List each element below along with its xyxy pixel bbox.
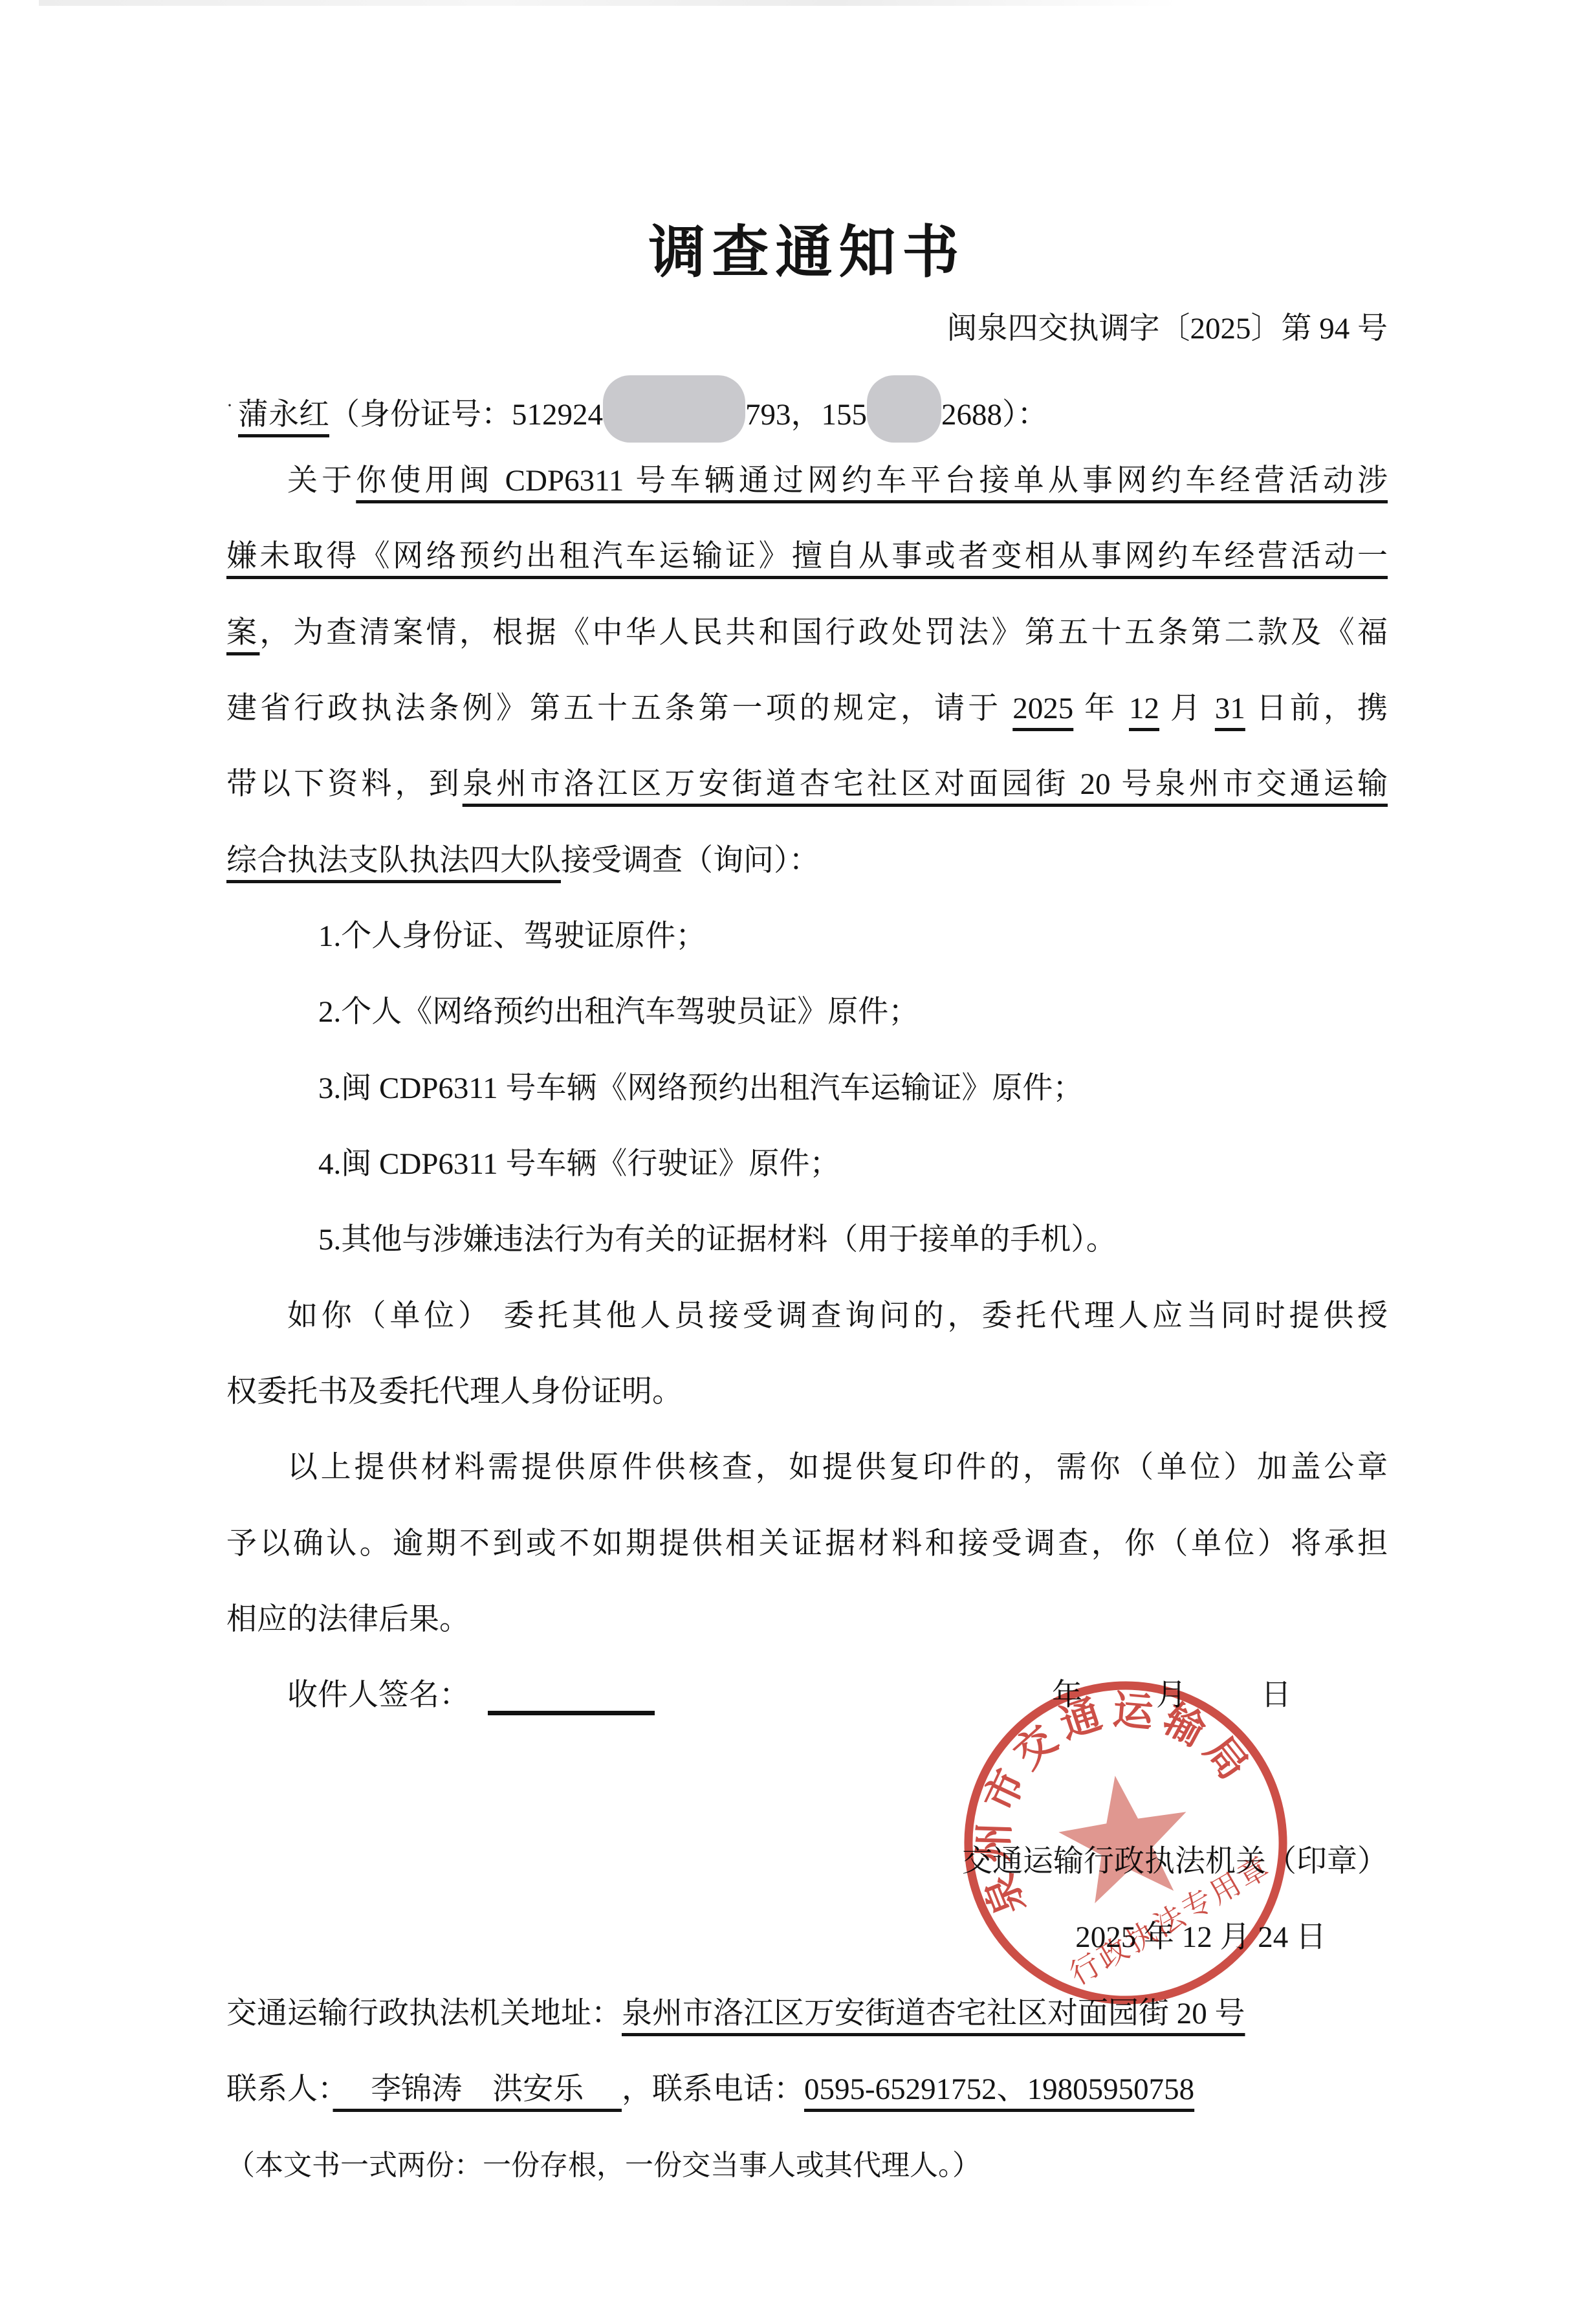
text-segment: 接受调查（询问）： bbox=[561, 844, 820, 877]
text-segment: 李锦涛 洪安乐 bbox=[333, 2072, 622, 2106]
text-segment: 嫌未取得《网络预约出租汽车运输证》擅自从事或者变相从事网约车经营活动一 bbox=[226, 540, 1388, 573]
text-segment: 蒲永红 bbox=[238, 398, 329, 432]
office-address-line: 交通运输行政执法机关地址：泉州市洛江区万安街道杏宅社区对面园街 20 号 bbox=[226, 1976, 1388, 2052]
text-segment: 案 bbox=[226, 616, 259, 650]
redaction-blob bbox=[603, 375, 745, 443]
text-segment: 泉州市洛江区万安街道杏宅社区对面园街 20 号泉州市交通运输 bbox=[463, 767, 1388, 801]
text-segment: 权委托书及委托代理人身份证明。 bbox=[226, 1375, 683, 1409]
text-segment: 联系人： bbox=[226, 2072, 333, 2106]
text-segment: 2025 bbox=[1012, 692, 1073, 725]
text-segment: 793，155 bbox=[745, 398, 867, 432]
body-line: 带以下资料，到泉州市洛江区万安街道杏宅社区对面园街 20 号泉州市交通运输 bbox=[226, 747, 1388, 822]
text-segment: 年 bbox=[1073, 692, 1129, 725]
issue-date: 2025 年 12 月 24 日 bbox=[226, 1900, 1388, 1975]
body-line: 相应的法律后果。 bbox=[226, 1582, 1388, 1658]
list-item: 4.闽 CDP6311 号车辆《行驶证》原件； bbox=[226, 1127, 1388, 1202]
contact-line: 联系人： 李锦涛 洪安乐 ，联系电话：0595-65291752、1980595… bbox=[226, 2052, 1388, 2127]
list-item: 1.个人身份证、驾驶证原件； bbox=[226, 899, 1388, 974]
text-segment: 月 bbox=[1159, 692, 1215, 725]
text-segment: 12 bbox=[1129, 692, 1159, 725]
copies-note: （本文书一式两份：一份存根，一份交当事人或其代理人。） bbox=[226, 2127, 1388, 2203]
redaction-blob bbox=[867, 375, 941, 443]
text-segment: 带以下资料，到 bbox=[226, 767, 463, 801]
recipient-line: ·蒲永红（身份证号：512924793，1552688）： bbox=[226, 368, 1388, 443]
body-line: 案，为查清案情，根据《中华人民共和国行政处罚法》第五十五条第二款及《福 bbox=[226, 595, 1388, 671]
signature-blank-line bbox=[488, 1691, 655, 1715]
text-segment: · bbox=[226, 395, 233, 416]
text-segment: 日前，携 bbox=[1245, 692, 1388, 725]
text-segment: 相应的法律后果。 bbox=[226, 1603, 470, 1636]
text-segment: 建省行政执法条例》第五十五条第一项的规定，请于 bbox=[226, 692, 1012, 725]
seal-caption: 交通运输行政执法机关（印章） bbox=[226, 1824, 1388, 1900]
text-segment: 0595-65291752、19805950758 bbox=[804, 2072, 1194, 2106]
body-line: 嫌未取得《网络预约出租汽车运输证》擅自从事或者变相从事网约车经营活动一 bbox=[226, 519, 1388, 595]
text-segment: 31 bbox=[1215, 692, 1245, 725]
doc-number: 闽泉四交执调字〔2025〕第 94 号 bbox=[226, 291, 1388, 367]
text-segment: 泉州市洛江区万安街道杏宅社区对面园街 20 号 bbox=[622, 1997, 1245, 2030]
body-line: 权委托书及委托代理人身份证明。 bbox=[226, 1354, 1388, 1430]
spacer-row bbox=[226, 1734, 1388, 1810]
list-item: 3.闽 CDP6311 号车辆《网络预约出租汽车运输证》原件； bbox=[226, 1051, 1388, 1127]
body-line: 关于你使用闽 CDP6311 号车辆通过网约车平台接单从事网约车经营活动涉 bbox=[226, 443, 1388, 519]
scan-edge-artifact bbox=[39, 0, 1177, 6]
text-segment: 如你（单位） 委托其他人员接受调查询问的，委托代理人应当同时提供授 bbox=[287, 1299, 1388, 1333]
sign-line: 收件人签名： 年 月 日 bbox=[226, 1658, 1388, 1733]
text-segment: 交通运输行政执法机关地址： bbox=[226, 1997, 622, 2030]
recipient-signature-label: 收件人签名： bbox=[226, 1678, 470, 1712]
list-item: 2.个人《网络预约出租汽车驾驶员证》原件； bbox=[226, 974, 1388, 1050]
text-segment: 2688）： bbox=[941, 398, 1048, 432]
text-segment: 你使用闽 CDP6311 号车辆通过网约车平台接单从事网约车经营活动涉 bbox=[356, 464, 1388, 498]
text-segment: 予以确认。逾期不到或不如期提供相关证据材料和接受调查，你（单位）将承担 bbox=[226, 1527, 1388, 1561]
body-line: 建省行政执法条例》第五十五条第一项的规定，请于 2025 年 12 月 31 日… bbox=[226, 671, 1388, 747]
page-title: 调查通知书 bbox=[226, 215, 1388, 291]
body-line: 予以确认。逾期不到或不如期提供相关证据材料和接受调查，你（单位）将承担 bbox=[226, 1506, 1388, 1582]
scanned-notice-document: 调查通知书 闽泉四交执调字〔2025〕第 94 号 ·蒲永红（身份证号：5129… bbox=[0, 0, 1596, 2319]
date-day-label: 日 bbox=[1261, 1658, 1291, 1733]
body-line: 以上提供材料需提供原件供核查，如提供复印件的，需你（单位）加盖公章 bbox=[226, 1430, 1388, 1506]
body-line: 如你（单位） 委托其他人员接受调查询问的，委托代理人应当同时提供授 bbox=[226, 1279, 1388, 1354]
body-line: 综合执法支队执法四大队接受调查（询问）： bbox=[226, 823, 1388, 899]
text-segment: 综合执法支队执法四大队 bbox=[226, 844, 561, 877]
text-segment: （身份证号：512924 bbox=[329, 398, 603, 432]
date-month-label: 月 bbox=[1156, 1658, 1186, 1733]
text-segment: 关于 bbox=[287, 464, 356, 498]
text-segment: ，联系电话： bbox=[622, 2072, 804, 2106]
text-segment: 以上提供材料需提供原件供核查，如提供复印件的，需你（单位）加盖公章 bbox=[287, 1451, 1388, 1484]
list-item: 5.其他与涉嫌违法行为有关的证据材料（用于接单的手机）。 bbox=[226, 1202, 1388, 1278]
date-year-label: 年 bbox=[1052, 1658, 1082, 1733]
text-segment: ，为查清案情，根据《中华人民共和国行政处罚法》第五十五条第二款及《福 bbox=[259, 616, 1388, 650]
